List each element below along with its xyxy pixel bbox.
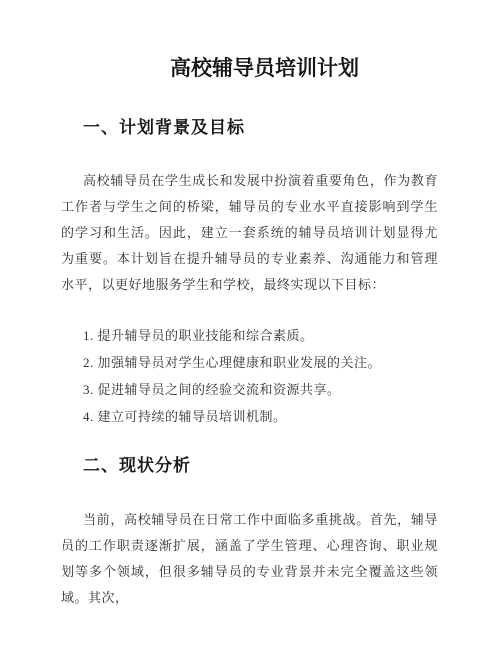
goals-list: 1. 提升辅导员的职业技能和综合素质。 2. 加强辅导员对学生心理健康和职业发展… — [83, 322, 438, 430]
goal-item-1: 1. 提升辅导员的职业技能和综合素质。 — [83, 322, 438, 349]
document-page: 高校辅导员培训计划 一、计划背景及目标 高校辅导员在学生成长和发展中扮演着重要角… — [0, 0, 500, 647]
goal-item-4: 4. 建立可持续的辅导员培训机制。 — [83, 403, 438, 430]
goal-item-2: 2. 加强辅导员对学生心理健康和职业发展的关注。 — [83, 349, 438, 376]
section-heading-plan-background-goals: 一、计划背景及目标 — [83, 116, 438, 140]
section-1-paragraph: 高校辅导员在学生成长和发展中扮演着重要角色，作为教育工作者与学生之间的桥梁，辅导… — [61, 168, 438, 298]
section-heading-status-analysis: 二、现状分析 — [83, 454, 438, 478]
goal-item-3: 3. 促进辅导员之间的经验交流和资源共享。 — [83, 376, 438, 403]
section-2-paragraph: 当前，高校辅导员在日常工作中面临多重挑战。首先，辅导员的工作职责逐渐扩展，涵盖了… — [61, 507, 438, 611]
document-title: 高校辅导员培训计划 — [76, 55, 453, 83]
